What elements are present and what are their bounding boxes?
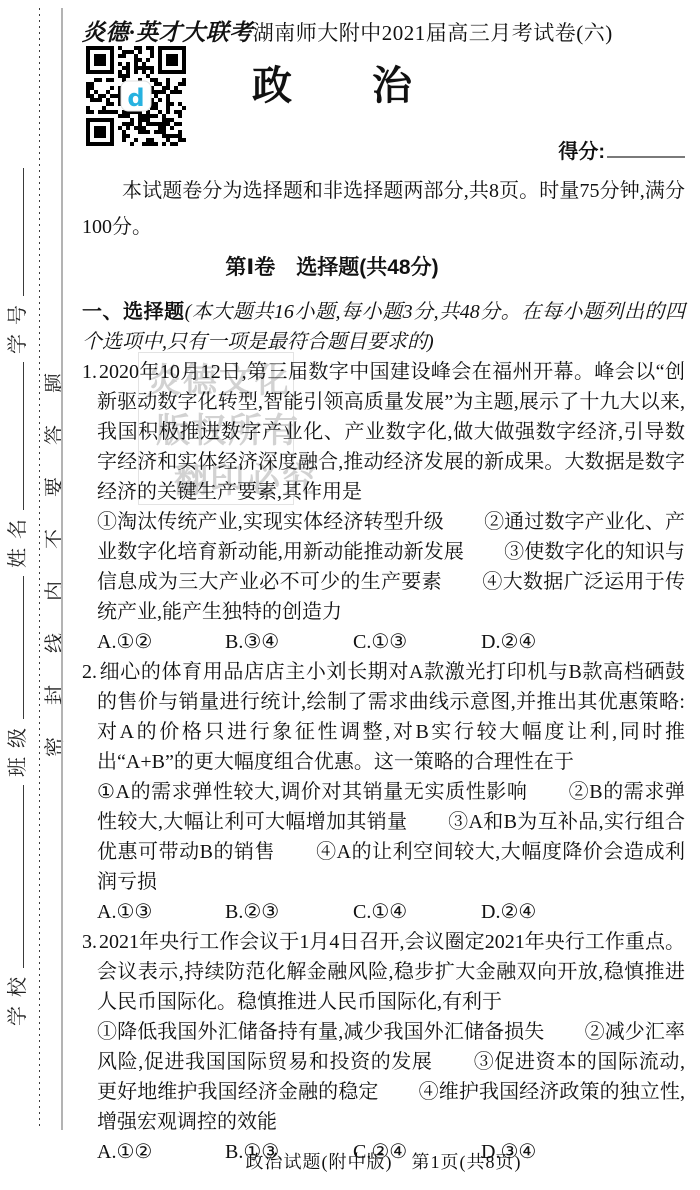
question-3-statements: ①降低我国外汇储备持有量,减少我国外汇储备损失 ②减少汇率风险,促进我国国际贸易…	[82, 1017, 685, 1137]
question-2-text: 2.细心的体育用品店店主小刘长期对A款激光打印机与B款高档硒鼓的售价与销量进行统…	[82, 657, 685, 777]
question-2-option-b: B.②③	[225, 897, 353, 927]
question-3-number: 3.	[82, 931, 97, 953]
multiple-choice-heading: 一、选择题(本大题共16小题,每小题3分,共48分。在每小题列出的四个选项中,只…	[82, 297, 685, 357]
question-2-option-a: A.①③	[97, 897, 225, 927]
student-number-blank-line	[5, 168, 24, 296]
question-2-option-c: C.①④	[353, 897, 481, 927]
question-2-statements: ①A的需求弹性较大,调价对其销量无实质性影响 ②B的需求弹性较大,大幅让利可大幅…	[82, 777, 685, 897]
question-2-option-d: D.②④	[481, 897, 536, 927]
question-1-body: 2020年10月12日,第三届数字中国建设峰会在福州开幕。峰会以“创新驱动数字化…	[97, 361, 685, 503]
seal-solid-line	[61, 8, 63, 1130]
class-field-label: 班级	[7, 719, 29, 777]
question-1-text: 1.2020年10月12日,第三届数字中国建设峰会在福州开幕。峰会以“创新驱动数…	[82, 357, 685, 507]
question-1-option-b: B.③④	[225, 627, 353, 657]
score-blank-line	[607, 138, 685, 158]
question-3-text: 3.2021年央行工作会议于1月4日召开,会议圈定2021年央行工作重点。会议表…	[82, 927, 685, 1017]
heading-label: 一、选择题	[82, 301, 185, 323]
question-2: 2.细心的体育用品店店主小刘长期对A款激光打印机与B款高档硒鼓的售价与销量进行统…	[82, 657, 685, 927]
question-1-option-a: A.①②	[97, 627, 225, 657]
question-2-body: 细心的体育用品店店主小刘长期对A款激光打印机与B款高档硒鼓的售价与销量进行统计,…	[97, 661, 685, 773]
student-number-field-label: 学号	[7, 296, 29, 354]
question-2-number: 2.	[82, 661, 97, 683]
question-1-option-c: C.①③	[353, 627, 481, 657]
score-row: 得分:	[82, 135, 685, 161]
student-info-fields: 学校 班级 姓名 学号	[1, 106, 27, 1026]
school-blank-line	[5, 785, 24, 968]
question-1-option-d: D.②④	[481, 627, 536, 657]
class-blank-line	[5, 576, 24, 719]
name-field-label: 姓名	[7, 510, 29, 568]
question-3: 3.2021年央行工作会议于1月4日召开,会议圈定2021年央行工作重点。会议表…	[82, 927, 685, 1167]
score-label: 得分:	[558, 141, 605, 163]
question-2-options: A.①③ B.②③ C.①④ D.②④	[82, 897, 685, 927]
exam-paper-page: 炎德文化 版权所有 翻印必究 学校 班级 姓名 学号 密封线内不要答题 d 炎德…	[0, 0, 700, 1190]
section-title: 第Ⅰ卷 选择题(共48分)	[82, 253, 582, 283]
page-footer: 政治试题(附中版) 第1页(共8页)	[82, 1148, 685, 1174]
question-3-body: 2021年央行工作会议于1月4日召开,会议圈定2021年央行工作重点。会议表示,…	[97, 931, 685, 1013]
question-1: 1.2020年10月12日,第三届数字中国建设峰会在福州开幕。峰会以“创新驱动数…	[82, 357, 685, 657]
question-1-statements: ①淘汰传统产业,实现实体经济转型升级 ②通过数字产业化、产业数字化培育新动能,用…	[82, 507, 685, 627]
paper-title: 炎德·英才大联考湖南师大附中2021届高三月考试卷(六)	[82, 14, 685, 47]
exam-instructions-paragraph: 本试题卷分为选择题和非选择题两部分,共8页。时量75分钟,满分100分。	[82, 173, 685, 245]
brand-name: 炎德·英才大联考	[82, 20, 253, 45]
school-field-label: 学校	[7, 968, 29, 1026]
subject-title: 政 治	[82, 63, 582, 109]
main-content: 炎德·英才大联考湖南师大附中2021届高三月考试卷(六) 政 治 得分: 本试题…	[82, 0, 685, 1167]
exam-name: 湖南师大附中2021届高三月考试卷(六)	[253, 21, 613, 45]
name-blank-line	[5, 362, 24, 510]
question-1-number: 1.	[82, 361, 97, 383]
question-1-options: A.①② B.③④ C.①③ D.②④	[82, 627, 685, 657]
